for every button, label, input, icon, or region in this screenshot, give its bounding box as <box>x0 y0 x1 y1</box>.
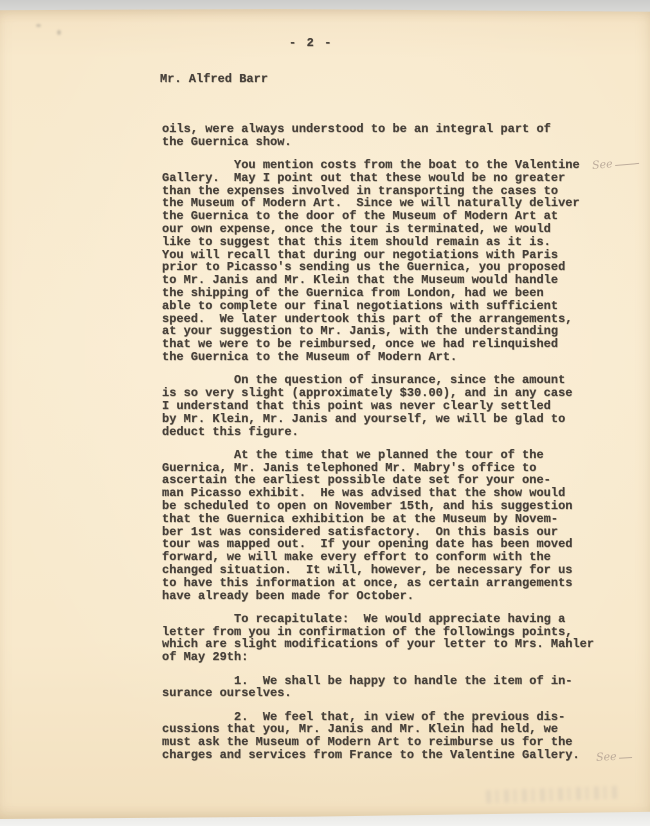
pencil-line <box>619 757 632 759</box>
letter-page: - 2 - Mr. Alfred Barr oils, were always … <box>0 9 650 819</box>
letter-page-surface: - 2 - Mr. Alfred Barr oils, were always … <box>0 9 650 819</box>
paragraph: oils, were always understood to be an in… <box>162 123 640 149</box>
pencil-line <box>615 162 639 165</box>
pencil-annotation-text: See <box>592 157 614 172</box>
pencil-annotation-text: See <box>596 750 617 764</box>
pencil-smudge <box>36 24 41 27</box>
pencil-smudge <box>57 30 61 35</box>
faint-stamp <box>486 786 618 804</box>
paragraph: On the question of insurance, since the … <box>162 374 640 438</box>
paragraph: 1. We shall be happy to handle the item … <box>162 675 640 701</box>
letter-body: oils, were always understood to be an in… <box>162 123 640 762</box>
pencil-annotation-bottom: See <box>596 749 632 764</box>
page-number: - 2 - <box>289 36 333 50</box>
recipient-line: Mr. Alfred Barr <box>160 72 268 86</box>
paragraph: At the time that we planned the tour of … <box>162 449 640 603</box>
paragraph: 2. We feel that, in view of the previous… <box>162 711 640 762</box>
paragraph: To recapitulate: We would appreciate hav… <box>162 613 640 664</box>
paragraph: You mention costs from the boat to the V… <box>162 159 640 364</box>
